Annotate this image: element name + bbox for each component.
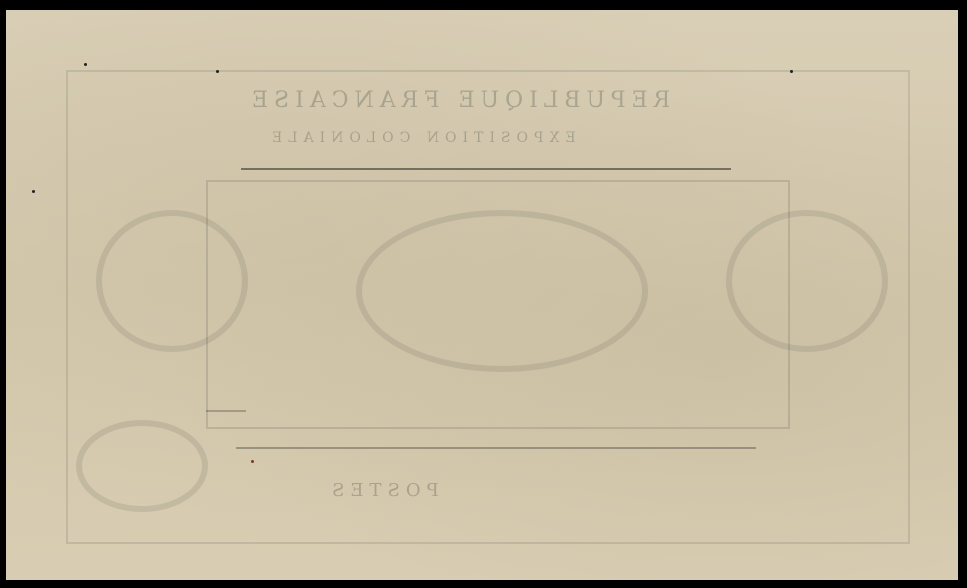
paper-speck bbox=[32, 190, 35, 193]
stamp-back: REPUBLIQUE FRANCAISE EXPOSITION COLONIAL… bbox=[6, 10, 958, 580]
showthrough-rule-top bbox=[241, 168, 731, 170]
ghost-text-bottom: POSTES bbox=[326, 480, 439, 501]
paper-speck bbox=[84, 63, 87, 66]
paper-speck bbox=[216, 70, 219, 73]
showthrough-rule-bottom bbox=[236, 447, 756, 449]
ghost-text-sub: EXPOSITION COLONIALE bbox=[266, 130, 576, 146]
ghost-ornament-left bbox=[96, 210, 248, 352]
ghost-text-top: REPUBLIQUE FRANCAISE bbox=[246, 88, 670, 113]
paper-speck bbox=[790, 70, 793, 73]
paper-speck bbox=[251, 460, 254, 463]
ghost-ornament-right bbox=[726, 210, 888, 352]
showthrough-rule-small bbox=[206, 410, 246, 412]
ghost-central-figure bbox=[356, 210, 648, 372]
ghost-value-tablet bbox=[76, 420, 208, 512]
